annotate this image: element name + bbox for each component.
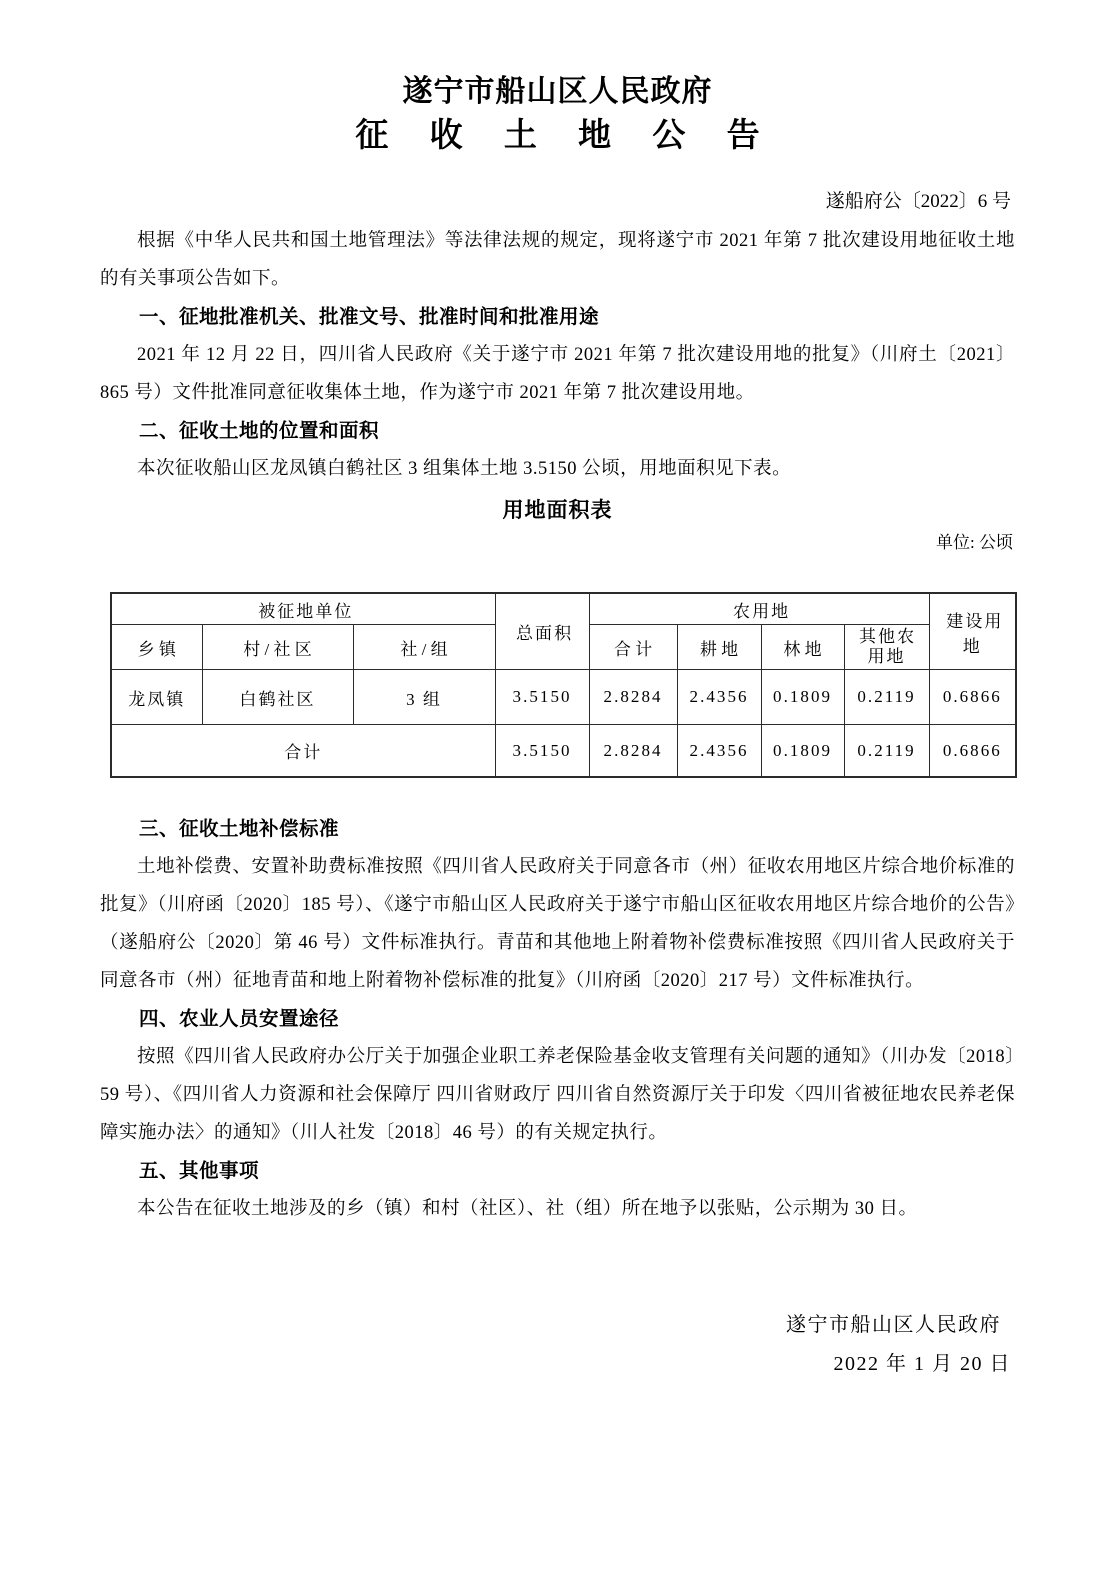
cell-cultivated: 2.4356: [677, 670, 761, 725]
total-total-area: 3.5150: [495, 725, 589, 778]
total-cultivated: 2.4356: [677, 725, 761, 778]
section-3-body: 土地补偿费、安置补助费标准按照《四川省人民政府关于同意各市（州）征收农用地区片综…: [100, 848, 1015, 1000]
intro-paragraph: 根据《中华人民共和国土地管理法》等法律法规的规定，现将遂宁市 2021 年第 7…: [100, 222, 1015, 298]
header-expropriated-unit-group: 被征地单位: [111, 593, 495, 625]
total-other-farmland: 0.2119: [844, 725, 929, 778]
header-forest-land: 林地: [761, 625, 844, 670]
table-header-group-row: 被征地单位 总面积 农用地 建设用地: [111, 593, 1016, 625]
header-other-farmland: 其他农用地: [844, 625, 929, 670]
table-title: 用地面积表: [100, 492, 1015, 530]
document-number: 遂船府公〔2022〕6 号: [100, 188, 1015, 216]
document-title-main: 征收土地公告: [100, 114, 1015, 158]
total-farmland-subtotal: 2.8284: [589, 725, 677, 778]
cell-forest: 0.1809: [761, 670, 844, 725]
section-3-heading: 三、征收土地补偿标准: [100, 810, 1015, 848]
section-1-heading: 一、征地批准机关、批准文号、批准时间和批准用途: [100, 298, 1015, 336]
table-data-row: 龙凤镇 白鹤社区 3 组 3.5150 2.8284 2.4356 0.1809…: [111, 670, 1016, 725]
cell-farmland-subtotal: 2.8284: [589, 670, 677, 725]
cell-village: 白鹤社区: [202, 670, 353, 725]
total-forest: 0.1809: [761, 725, 844, 778]
header-township: 乡镇: [111, 625, 202, 670]
header-construction-land: 建设用地: [929, 593, 1016, 670]
section-2-body: 本次征收船山区龙凤镇白鹤社区 3 组集体土地 3.5150 公顷，用地面积见下表…: [100, 450, 1015, 488]
cell-total-area: 3.5150: [495, 670, 589, 725]
signature-block: 遂宁市船山区人民政府 2022 年 1 月 20 日: [100, 1306, 1015, 1384]
section-5-body: 本公告在征收土地涉及的乡（镇）和村（社区）、社（组）所在地予以张贴，公示期为 3…: [100, 1190, 1015, 1228]
section-4-heading: 四、农业人员安置途径: [100, 1000, 1015, 1038]
header-cultivated-land: 耕地: [677, 625, 761, 670]
table-unit-note: 单位: 公顷: [100, 530, 1015, 556]
header-village: 村/社区: [202, 625, 353, 670]
header-farmland-group: 农用地: [589, 593, 929, 625]
header-total-area: 总面积: [495, 593, 589, 670]
cell-township: 龙凤镇: [111, 670, 202, 725]
section-1-body: 2021 年 12 月 22 日，四川省人民政府《关于遂宁市 2021 年第 7…: [100, 336, 1015, 412]
land-area-table: 被征地单位 总面积 农用地 建设用地 乡镇 村/社区 社/组 合计 耕地 林地 …: [110, 592, 1017, 778]
total-construction: 0.6866: [929, 725, 1016, 778]
signature-date: 2022 年 1 月 20 日: [100, 1345, 1011, 1384]
cell-other-farmland: 0.2119: [844, 670, 929, 725]
section-5-heading: 五、其他事项: [100, 1152, 1015, 1190]
document-title-org: 遂宁市船山区人民政府: [100, 72, 1015, 112]
total-row-label: 合计: [111, 725, 495, 778]
document-page: 遂宁市船山区人民政府 征收土地公告 遂船府公〔2022〕6 号 根据《中华人民共…: [0, 0, 1118, 1583]
cell-group: 3 组: [353, 670, 495, 725]
signature-org: 遂宁市船山区人民政府: [100, 1306, 1001, 1345]
section-4-body: 按照《四川省人民政府办公厅关于加强企业职工养老保险基金收支管理有关问题的通知》（…: [100, 1038, 1015, 1152]
header-farmland-subtotal: 合计: [589, 625, 677, 670]
header-group: 社/组: [353, 625, 495, 670]
cell-construction: 0.6866: [929, 670, 1016, 725]
table-total-row: 合计 3.5150 2.8284 2.4356 0.1809 0.2119 0.…: [111, 725, 1016, 778]
section-2-heading: 二、征收土地的位置和面积: [100, 412, 1015, 450]
